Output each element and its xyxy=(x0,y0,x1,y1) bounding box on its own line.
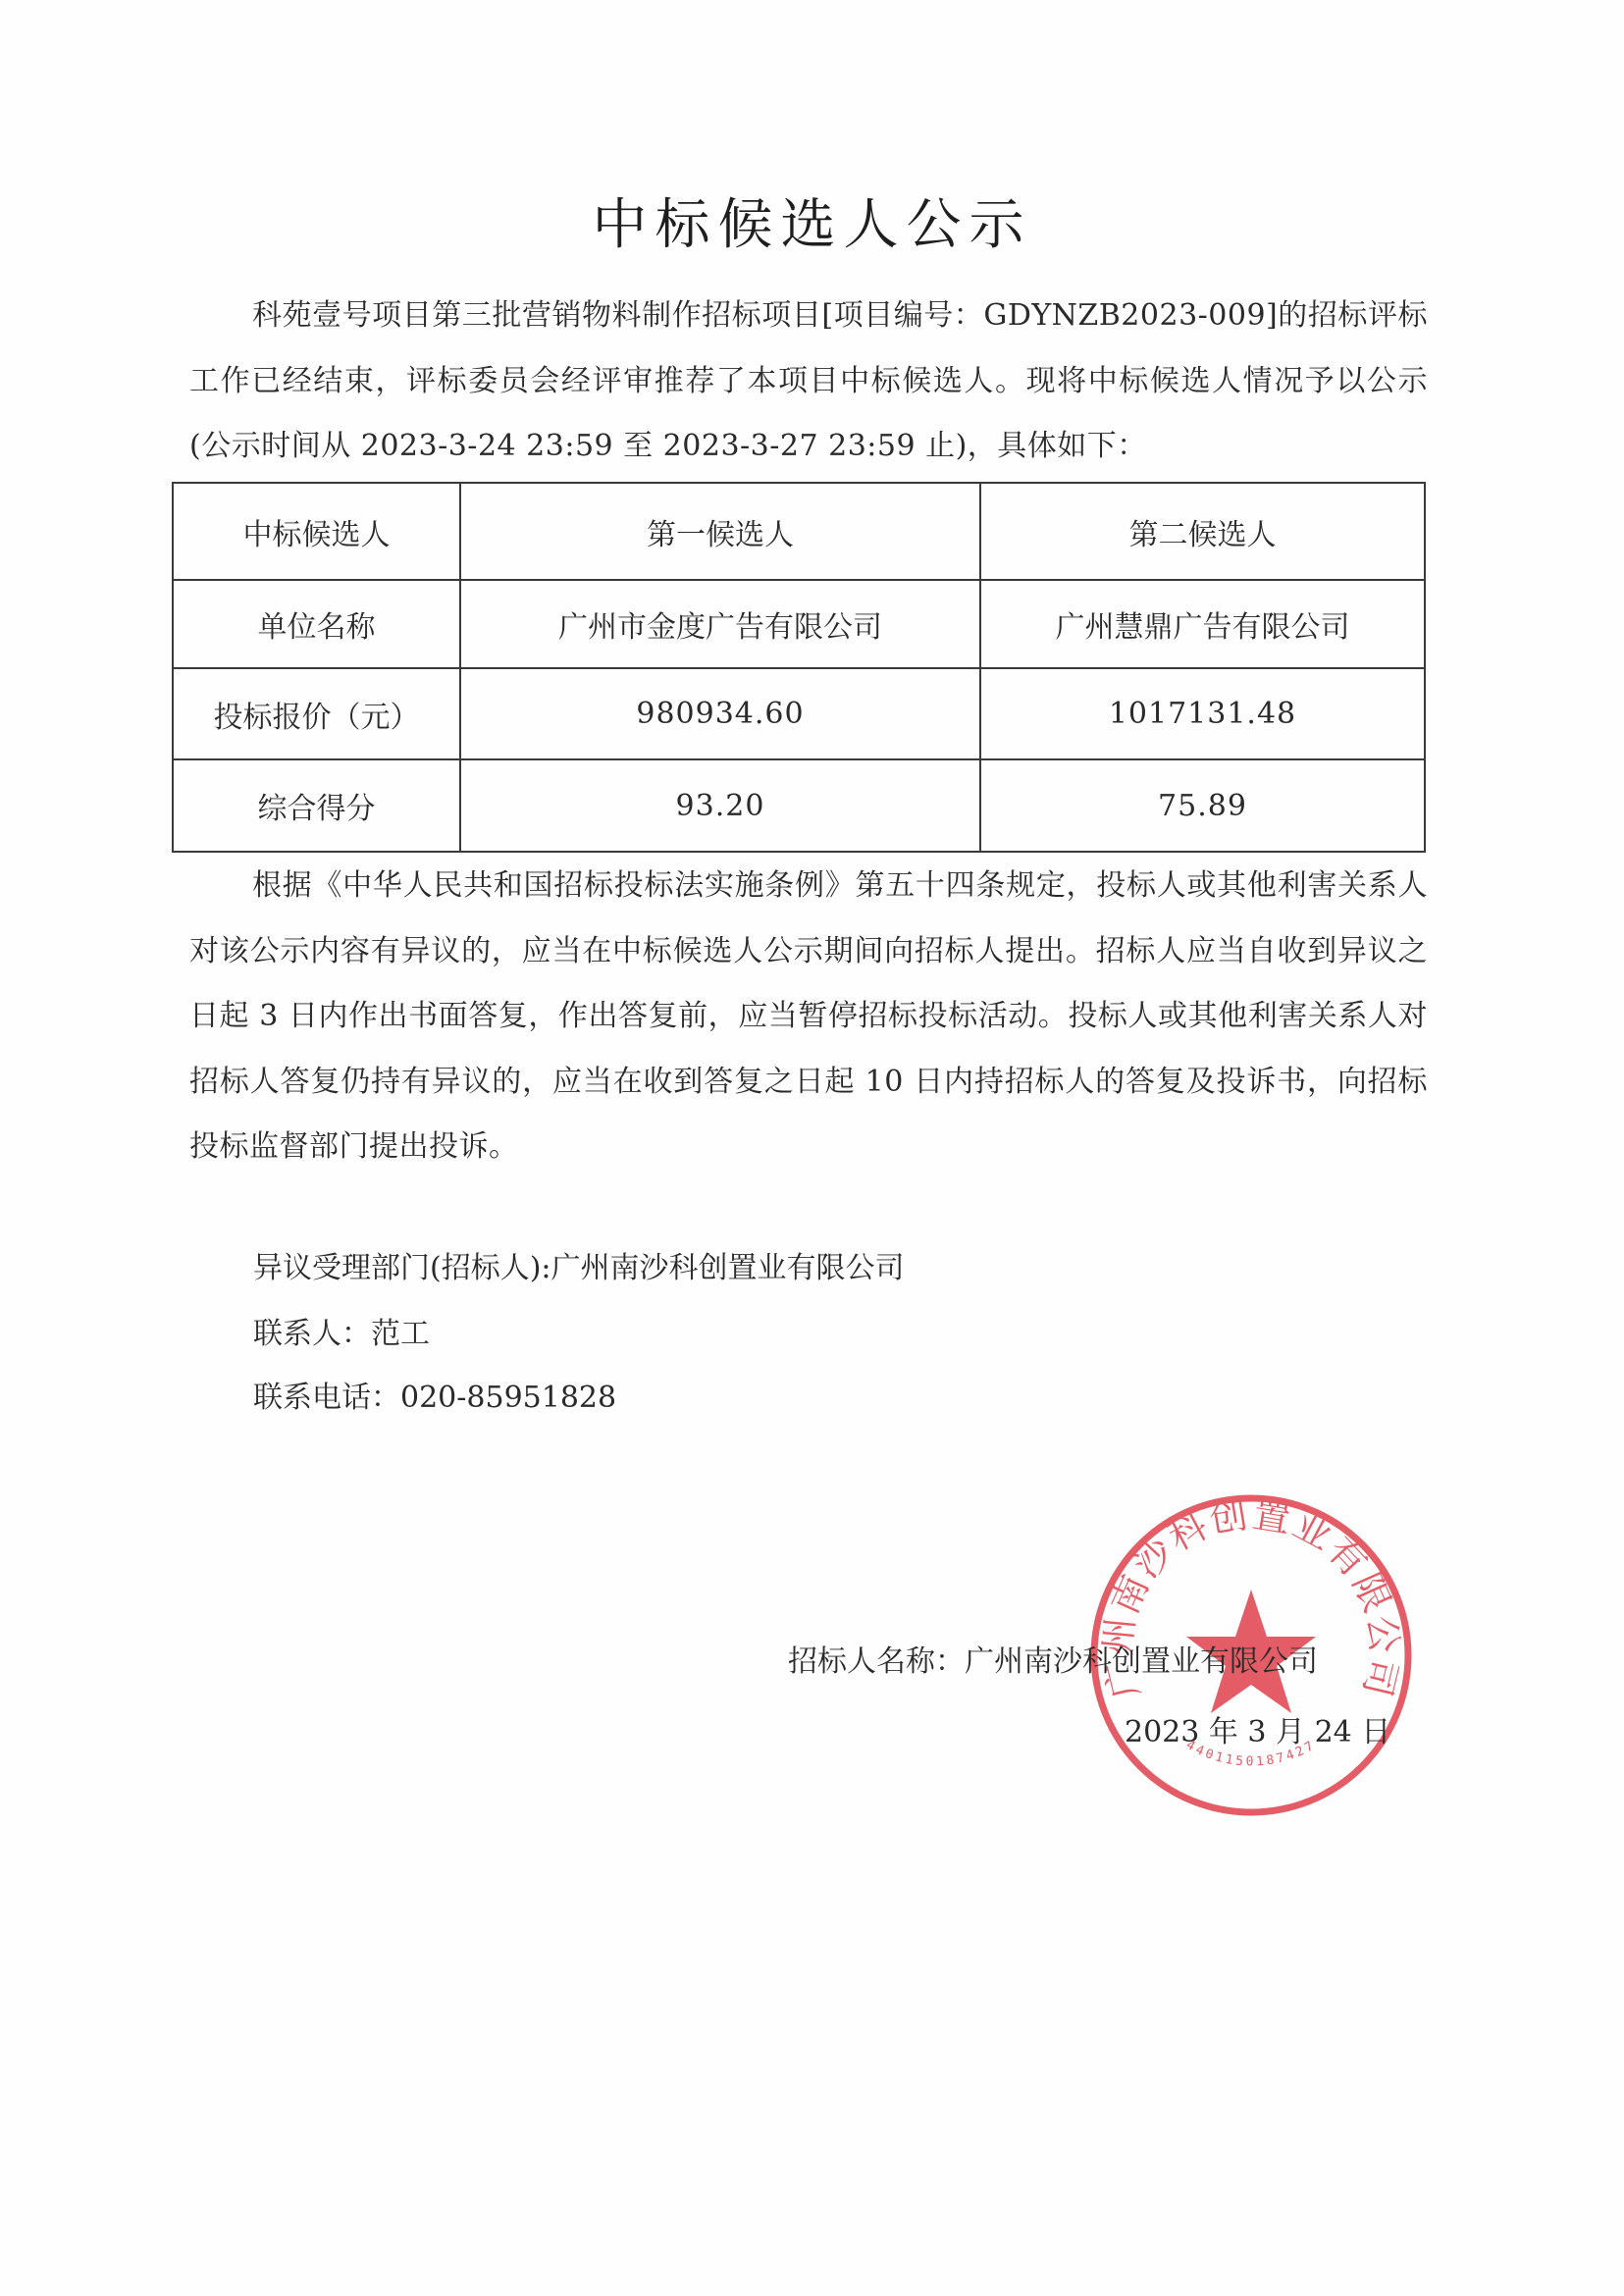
intro-paragraph: 科苑壹号项目第三批营销物料制作招标项目[项目编号：GDYNZB2023-009]… xyxy=(189,284,1428,480)
first-candidate-bid: 980934.60 xyxy=(460,668,980,759)
page-title: 中标候选人公示 xyxy=(0,186,1624,265)
table-row: 单位名称 广州市金度广告有限公司 广州慧鼎广告有限公司 xyxy=(173,580,1425,668)
table-header-row: 中标候选人 第一候选人 第二候选人 xyxy=(173,483,1425,580)
objection-rules-paragraph: 根据《中华人民共和国招标投标法实施条例》第五十四条规定，投标人或其他利害关系人对… xyxy=(189,854,1428,1180)
document-page: 中标候选人公示 科苑壹号项目第三批营销物料制作招标项目[项目编号：GDYNZB2… xyxy=(0,0,1624,2296)
row-label: 投标报价（元） xyxy=(173,668,460,759)
signature-date: 2023 年 3 月 24 日 xyxy=(1125,1713,1390,1752)
first-candidate-company: 广州市金度广告有限公司 xyxy=(460,580,980,668)
contact-phone: 联系电话：020-85951828 xyxy=(253,1379,616,1418)
contact-person: 联系人：范工 xyxy=(253,1315,430,1354)
tenderer-name: 招标人名称：广州南沙科创置业有限公司 xyxy=(788,1643,1318,1682)
header-cell: 中标候选人 xyxy=(173,483,460,580)
candidates-table: 中标候选人 第一候选人 第二候选人 单位名称 广州市金度广告有限公司 广州慧鼎广… xyxy=(172,482,1426,853)
row-label: 单位名称 xyxy=(173,580,460,668)
table-row: 投标报价（元） 980934.60 1017131.48 xyxy=(173,668,1425,759)
second-candidate-bid: 1017131.48 xyxy=(980,668,1425,759)
first-candidate-score: 93.20 xyxy=(460,759,980,852)
second-candidate-score: 75.89 xyxy=(980,759,1425,852)
header-cell: 第一候选人 xyxy=(460,483,980,580)
row-label: 综合得分 xyxy=(173,759,460,852)
header-cell: 第二候选人 xyxy=(980,483,1425,580)
second-candidate-company: 广州慧鼎广告有限公司 xyxy=(980,580,1425,668)
objection-department: 异议受理部门(招标人):广州南沙科创置业有限公司 xyxy=(253,1249,905,1288)
table-row: 综合得分 93.20 75.89 xyxy=(173,759,1425,852)
